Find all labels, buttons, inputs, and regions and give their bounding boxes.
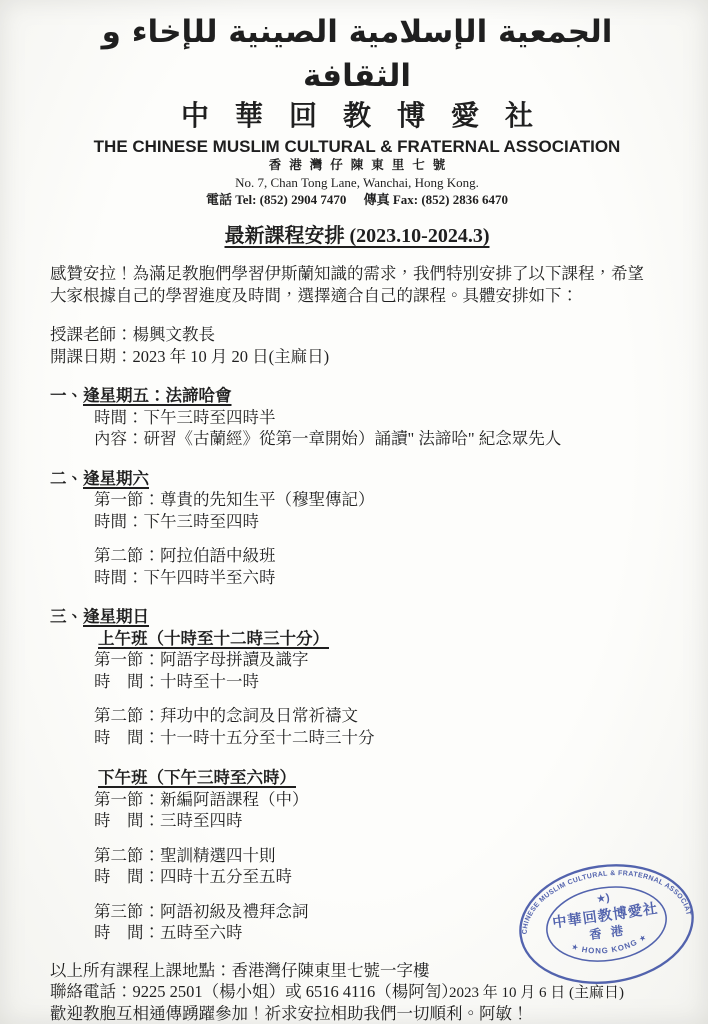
contact-line: 電話 Tel: (852) 2904 7470 傳真 Fax: (852) 28… [50, 191, 664, 209]
section-heading: 二、逢星期六 [50, 468, 664, 490]
intro-line: 感贊安拉！為滿足教胞們學習伊斯蘭知識的需求，我們特別安排了以下課程，希望 [50, 263, 664, 285]
intro-paragraph: 感贊安拉！為滿足教胞們學習伊斯蘭知識的需求，我們特別安排了以下課程，希望 大家根… [50, 263, 664, 306]
course-line: 時間：下午四時半至六時 [94, 567, 664, 589]
course-line: 時 間：三時至四時 [94, 810, 664, 832]
intro-line: 大家根據自己的學習進度及時間，選擇適合自己的課程。具體安排如下： [50, 285, 664, 307]
start-date-line: 開課日期：2023 年 10 月 20 日(主麻日) [50, 346, 664, 368]
association-name-chinese: 中華回教博愛社 [50, 98, 664, 136]
section-heading: 三、逢星期日 [50, 606, 664, 628]
tel-number: 電話 Tel: (852) 2904 7470 [206, 192, 346, 207]
address-chinese: 香港灣仔陳東里七號 [50, 157, 664, 174]
course-line: 時間：下午三時至四時半 [94, 407, 664, 429]
course-line: 第一節：新編阿語課程（中） [94, 789, 664, 811]
stamp-star-crescent-icon: ★) [596, 892, 611, 906]
course-line: 內容：研習《古蘭經》從第一章開始）誦讀" 法諦哈" 紀念眾先人 [94, 428, 664, 450]
document-title: 最新課程安排 (2023.10-2024.3) [50, 223, 664, 249]
issue-date: 2023 年 10 月 6 日 (主麻日) [449, 981, 624, 1002]
course-group: 第一節：尊貴的先知生平（穆聖傳記） 時間：下午三時至四時 [94, 489, 664, 532]
association-stamp-icon: THE CHINESE MUSLIM CULTURAL & FRATERNAL … [508, 850, 705, 998]
course-group: 第二節：阿拉伯語中級班 時間：下午四時半至六時 [94, 545, 664, 588]
fax-number: 傳真 Fax: (852) 2836 6470 [364, 192, 508, 207]
course-line: 第一節：尊貴的先知生平（穆聖傳記） [94, 489, 664, 511]
subsection-heading: 上午班（十時至十二時三十分） [98, 628, 664, 650]
course-group: 第二節：拜功中的念詞及日常祈禱文 時 間：十一時十五分至十二時三十分 [94, 705, 664, 748]
section-heading: 一、逢星期五：法諦哈會 [50, 385, 664, 407]
section-saturday: 二、逢星期六 第一節：尊貴的先知生平（穆聖傳記） 時間：下午三時至四時 第二節：… [50, 468, 664, 589]
course-line: 第二節：拜功中的念詞及日常祈禱文 [94, 705, 664, 727]
course-line: 時 間：十一時十五分至十二時三十分 [94, 727, 664, 749]
welcome-line: 歡迎教胞互相通傳踴躍參加！祈求安拉相助我們一切順利。阿敏！ [50, 1003, 664, 1024]
association-name-english: THE CHINESE MUSLIM CULTURAL & FRATERNAL … [50, 136, 664, 157]
association-name-arabic: الجمعية الإسلامية الصينية للإخاء و الثقا… [50, 10, 664, 98]
subsection-heading: 下午班（下午三時至六時） [98, 767, 664, 789]
course-group: 第一節：阿語字母拼讀及識字 時 間：十時至十一時 [94, 649, 664, 692]
course-info: 授課老師：楊興文教長 開課日期：2023 年 10 月 20 日(主麻日) [50, 324, 664, 367]
course-line: 第一節：阿語字母拼讀及識字 [94, 649, 664, 671]
course-line: 時 間：十時至十一時 [94, 671, 664, 693]
course-line: 第二節：阿拉伯語中級班 [94, 545, 664, 567]
document-page: الجمعية الإسلامية الصينية للإخاء و الثقا… [0, 0, 708, 1024]
letterhead: الجمعية الإسلامية الصينية للإخاء و الثقا… [50, 10, 664, 209]
course-line: 第二節：聖訓精選四十則 [94, 845, 664, 867]
subsection-morning: 上午班（十時至十二時三十分） 第一節：阿語字母拼讀及識字 時 間：十時至十一時 … [50, 628, 664, 749]
teacher-line: 授課老師：楊興文教長 [50, 324, 664, 346]
address-english: No. 7, Chan Tong Lane, Wanchai, Hong Kon… [50, 174, 664, 191]
course-line: 時間：下午三時至四時 [94, 511, 664, 533]
section-friday: 一、逢星期五：法諦哈會 時間：下午三時至四時半 內容：研習《古蘭經》從第一章開始… [50, 385, 664, 450]
course-group: 第一節：新編阿語課程（中） 時 間：三時至四時 [94, 789, 664, 832]
